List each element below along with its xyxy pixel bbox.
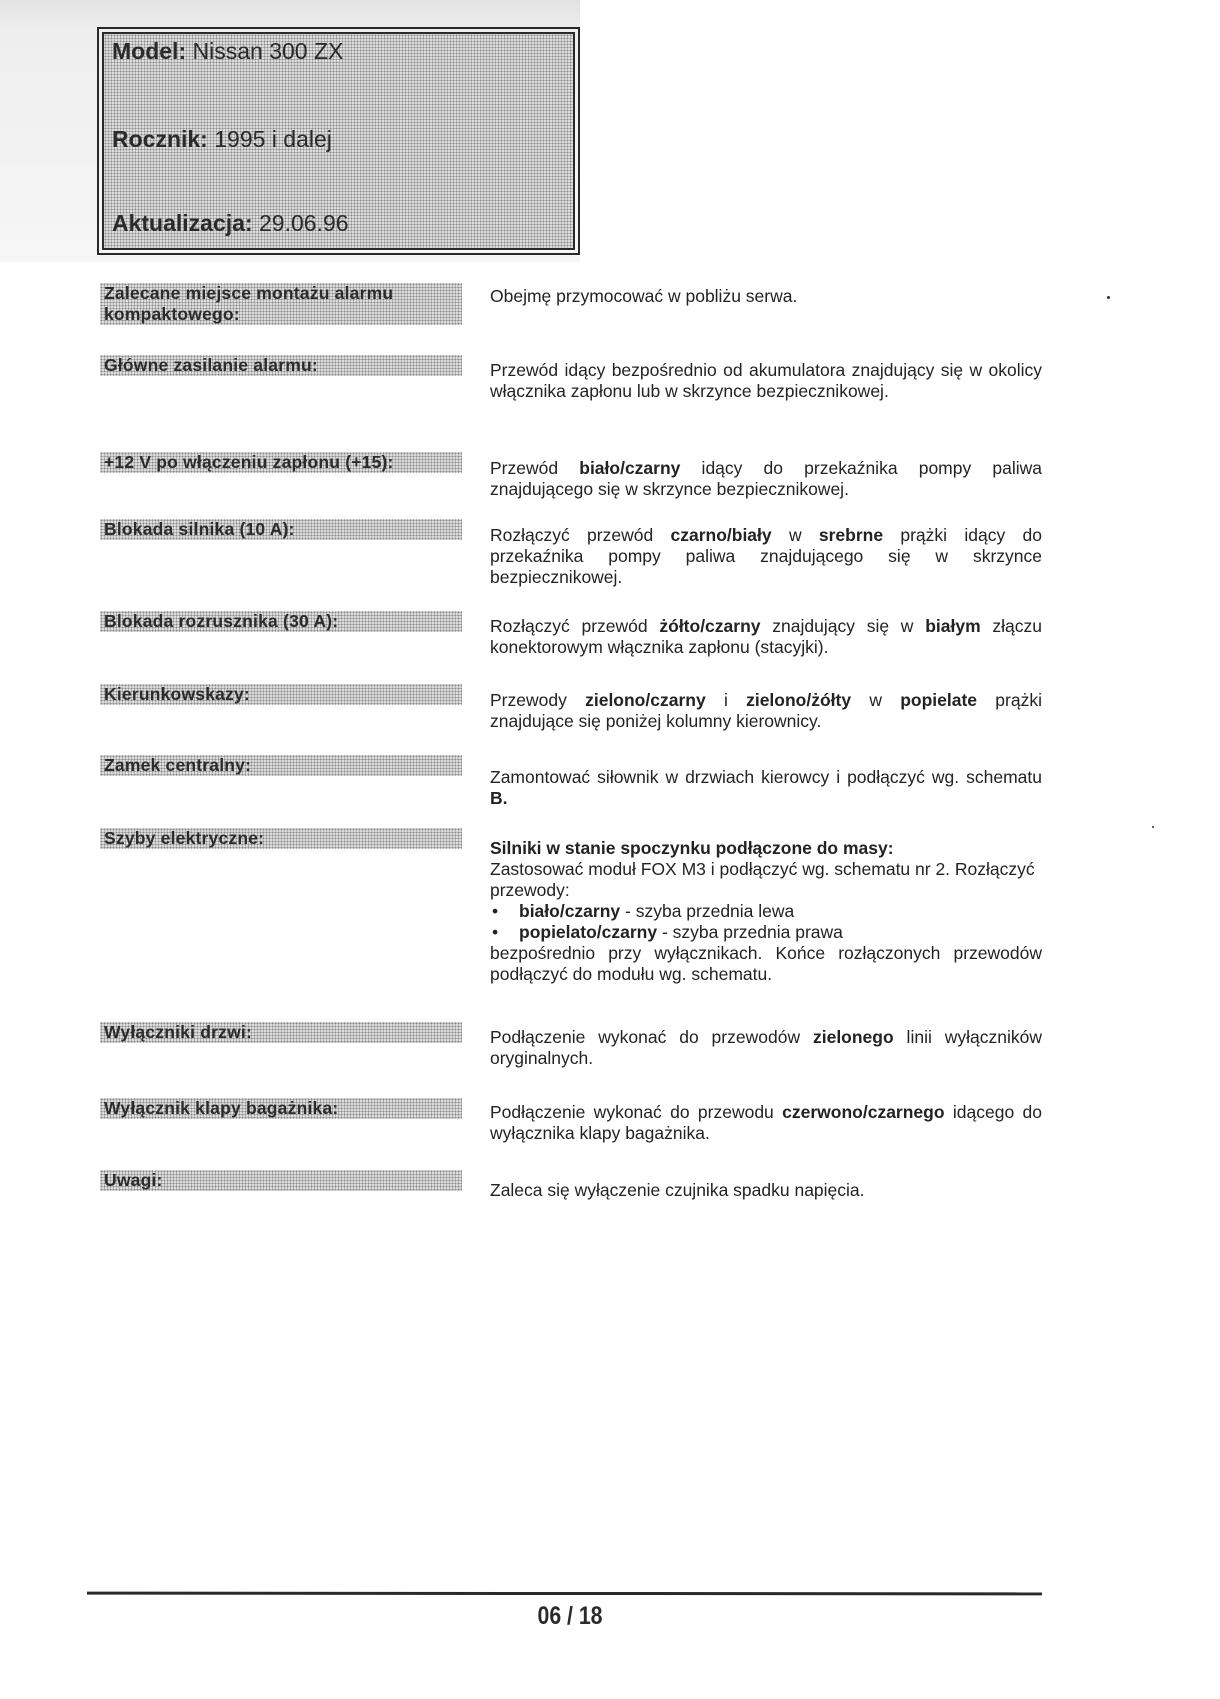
text-segment: znajdujący się w xyxy=(761,616,926,636)
row-label: Wyłączniki drzwi: xyxy=(100,1022,462,1043)
row-description: Obejmę przymocować w pobliżu serwa. xyxy=(490,286,1042,307)
row-description: Przewód biało/czarny idący do przekaźnik… xyxy=(490,458,1042,500)
row-description: Podłączenie wykonać do przewodów zielone… xyxy=(490,1027,1042,1069)
text-segment: Podłączenie wykonać do przewodów xyxy=(490,1027,813,1047)
text-segment: Przewody xyxy=(490,690,585,710)
row-label: Zamek centralny: xyxy=(100,755,462,776)
scan-speck xyxy=(1107,296,1110,299)
vehicle-info-inner: Model: Nissan 300 ZX Rocznik: 1995 i dal… xyxy=(102,32,575,250)
row-label: Uwagi: xyxy=(100,1170,462,1191)
model-value: Nissan 300 ZX xyxy=(193,38,344,64)
wire-color: B. xyxy=(490,788,508,808)
text-segment: Przewód xyxy=(490,458,579,478)
update-value: 29.06.96 xyxy=(259,210,349,236)
wire-color: popielate xyxy=(900,690,977,710)
description-intro: Zastosować moduł FOX M3 i podłączyć wg. … xyxy=(490,859,1042,901)
row-label: Główne zasilanie alarmu: xyxy=(100,355,462,376)
page-number: 06 / 18 xyxy=(86,1602,1055,1631)
row-description: Silniki w stanie spoczynku podłączone do… xyxy=(490,838,1042,985)
text-segment: w xyxy=(772,525,819,545)
row-label: Kierunkowskazy: xyxy=(100,684,462,705)
wire-list-item: popielato/czarny - szyba przednia prawa xyxy=(490,922,1042,943)
text-segment: Rozłączyć przewód xyxy=(490,525,670,545)
update-label: Aktualizacja: xyxy=(112,210,253,236)
wire-color: biało/czarny xyxy=(579,458,680,478)
wire-color: czerwono/czarnego xyxy=(782,1102,944,1122)
row-label: Blokada rozrusznika (30 A): xyxy=(100,611,462,632)
wire-color: czarno/biały xyxy=(670,525,771,545)
row-label: +12 V po włączeniu zapłonu (+15): xyxy=(100,452,462,473)
description-heading: Silniki w stanie spoczynku podłączone do… xyxy=(490,838,1042,859)
wire-color: żółto/czarny xyxy=(659,616,760,636)
row-label: Blokada silnika (10 A): xyxy=(100,519,462,540)
model-line: Model: Nissan 300 ZX xyxy=(112,38,343,65)
wire-desc: - szyba przednia prawa xyxy=(657,922,843,942)
row-label: Szyby elektryczne: xyxy=(100,828,462,849)
footer-divider xyxy=(87,1592,1042,1596)
text-segment: Podłączenie wykonać do przewodu xyxy=(490,1102,782,1122)
wire-color: zielono/żółty xyxy=(746,690,851,710)
text-segment: i xyxy=(706,690,746,710)
wire-color: srebrne xyxy=(819,525,883,545)
row-description: Podłączenie wykonać do przewodu czerwono… xyxy=(490,1102,1042,1144)
text-segment: Zaleca się wyłączenie czujnika spadku na… xyxy=(490,1180,865,1200)
model-label: Model: xyxy=(112,38,186,64)
text-segment: w xyxy=(851,690,900,710)
wire-list: biało/czarny - szyba przednia lewapopiel… xyxy=(490,901,1042,943)
wire-color: zielono/czarny xyxy=(585,690,706,710)
year-value: 1995 i dalej xyxy=(214,126,332,152)
row-description: Zaleca się wyłączenie czujnika spadku na… xyxy=(490,1180,1042,1201)
year-line: Rocznik: 1995 i dalej xyxy=(112,126,332,153)
text-segment: Obejmę przymocować w pobliżu serwa. xyxy=(490,286,797,306)
row-description: Rozłączyć przewód czarno/biały w srebrne… xyxy=(490,525,1042,588)
wire-color: białym xyxy=(925,616,980,636)
scan-speck xyxy=(1152,826,1154,828)
wire-list-item: biało/czarny - szyba przednia lewa xyxy=(490,901,1042,922)
text-segment: Przewód idący bezpośrednio od akumulator… xyxy=(490,360,1042,401)
year-label: Rocznik: xyxy=(112,126,208,152)
wire-color: zielonego xyxy=(813,1027,894,1047)
description-outro: bezpośrednio przy wyłącznikach. Końce ro… xyxy=(490,943,1042,985)
wire-desc: - szyba przednia lewa xyxy=(620,901,794,921)
row-description: Rozłączyć przewód żółto/czarny znajdując… xyxy=(490,616,1042,658)
row-label: Wyłącznik klapy bagażnika: xyxy=(100,1098,462,1119)
text-segment: Zamontować siłownik w drzwiach kierowcy … xyxy=(490,767,1042,787)
wire-color: popielato/czarny xyxy=(519,922,657,942)
row-description: Zamontować siłownik w drzwiach kierowcy … xyxy=(490,767,1042,809)
row-description: Przewód idący bezpośrednio od akumulator… xyxy=(490,360,1042,402)
row-description: Przewody zielono/czarny i zielono/żółty … xyxy=(490,690,1042,732)
row-label: Zalecane miejsce montażu alarmu kompakto… xyxy=(100,283,462,325)
wire-color: biało/czarny xyxy=(519,901,620,921)
vehicle-info-box: Model: Nissan 300 ZX Rocznik: 1995 i dal… xyxy=(97,27,580,255)
text-segment: Rozłączyć przewód xyxy=(490,616,659,636)
update-line: Aktualizacja: 29.06.96 xyxy=(112,210,349,237)
